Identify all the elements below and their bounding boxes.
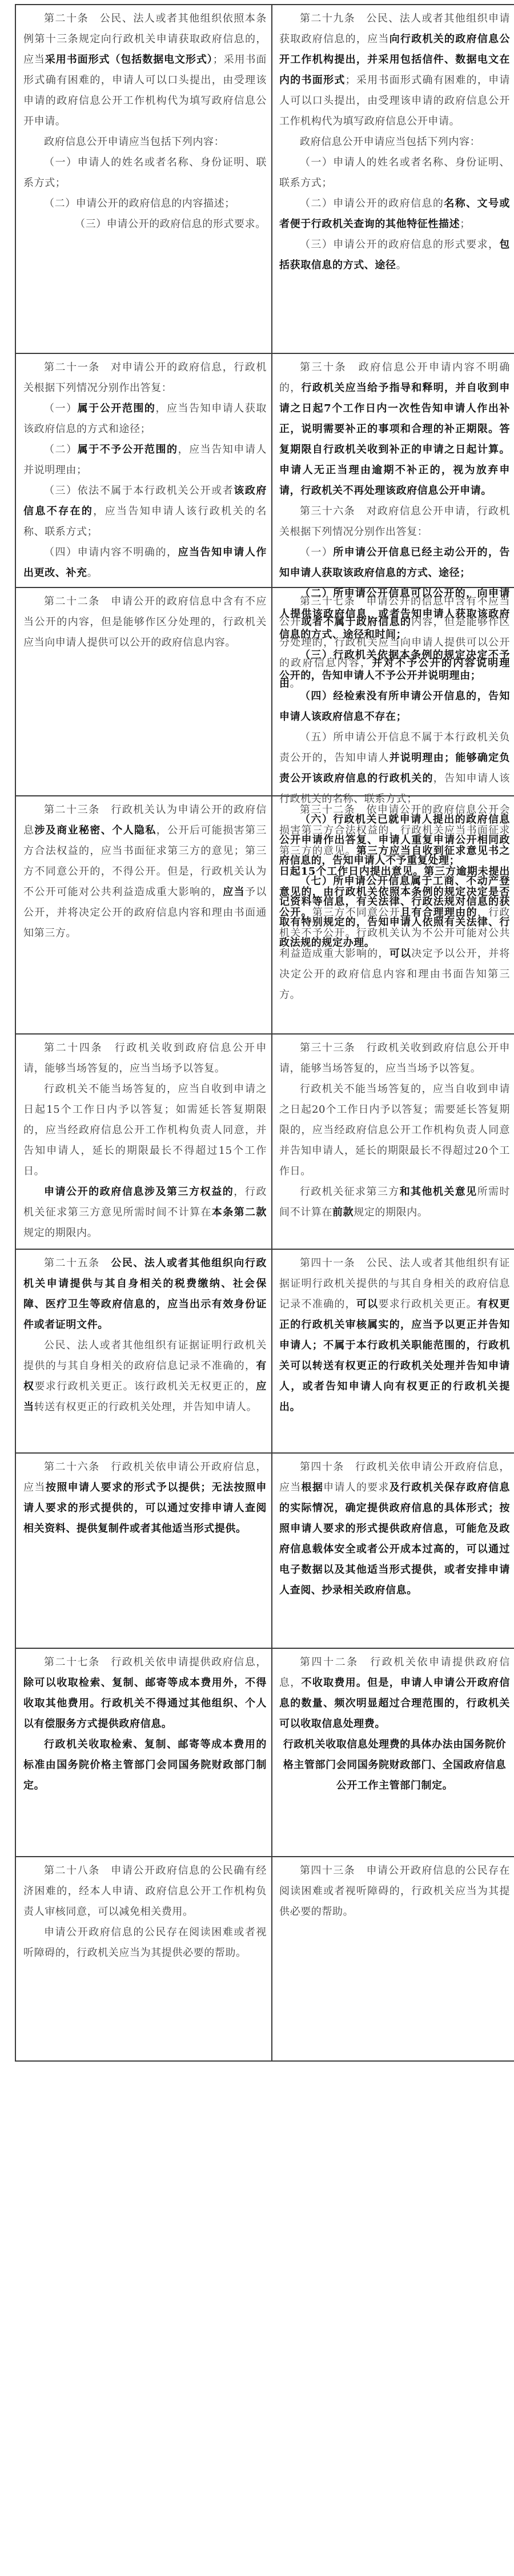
new-article-cell: 第三十三条 行政机关收到政府信息公开申请，能够当场答复的，应当当场予以答复。行政…	[272, 1035, 514, 1249]
emphasized-text: 按照申请人要求的形式予以提供；无法按照申请人要求的形式提供的，可以通过安排申请人…	[23, 1482, 267, 1535]
text-run: 要求行政机关更正。	[378, 1298, 477, 1310]
article-paragraph: （三）依法不属于本行政机关公开或者该政府信息不存在的，应当告知申请人该行政机关的…	[23, 481, 267, 542]
text-run: （四）申请内容不明确的，	[44, 546, 178, 558]
emphasized-text: 属于公开范围的	[78, 402, 156, 414]
article-paragraph: （三）申请公开的政府信息的形式要求。	[23, 214, 267, 235]
old-article-cell: 第二十三条 行政机关认为申请公开的政府信息涉及商业秘密、个人隐私，公开后可能损害…	[16, 796, 272, 1033]
new-article-cell: 第二十九条 公民、法人或者其他组织申请获取政府信息的，应当向行政机关的政府信息公…	[272, 5, 514, 353]
text-run: 第二十八条 申请公开政府信息的公民确有经济困难的，经本人申请、政府信息公开工作机…	[23, 1865, 267, 1918]
old-article-cell: 第二十一条 对申请公开的政府信息，行政机关根据下列情况分别作出答复：（一）属于公…	[16, 354, 272, 587]
text-run: 第三十六条 对政府信息公开申请，行政机关根据下列情况分别作出答复：	[279, 505, 510, 538]
article-paragraph: 行政机关不能当场答复的，应当自收到申请之日起20个工作日内予以答复；需要延长答复…	[279, 1079, 510, 1182]
text-run: ；	[460, 218, 471, 230]
emphasized-text: 属于不予公开范围的	[78, 444, 178, 456]
emphasized-text: 申请公开的政府信息涉及第三方权益的	[44, 1186, 234, 1198]
article-paragraph: 申请公开的政府信息涉及第三方权益的，行政机关征求第三方意见所需时间不计算在本条第…	[23, 1182, 267, 1243]
article-paragraph: 第二十六条 行政机关依申请公开政府信息，应当按照申请人要求的形式予以提供；无法按…	[23, 1457, 267, 1539]
old-article-cell: 第二十五条 公民、法人或者其他组织向行政机关申请提供与其自身相关的税费缴纳、社会…	[16, 1250, 272, 1452]
emphasized-text: 可以	[389, 948, 412, 960]
text-run: （一）申请人的姓名或者名称、身份证明、联系方式；	[23, 156, 267, 189]
article-paragraph: 行政机关收取信息处理费的具体办法由国务院价格主管部门会同国务院财政部门、全国政府…	[279, 1734, 510, 1796]
text-run: 规定的期限内。	[354, 1206, 428, 1218]
emphasized-text: 及行政机关保存政府信息的实际情况，确定提供政府信息的具体形式；按照申请人要求的形…	[279, 1482, 510, 1596]
text-run: 。	[87, 567, 98, 579]
text-run: （三）依法不属于本行政机关公开或者	[44, 485, 234, 497]
article-paragraph: 第二十三条 行政机关认为申请公开的政府信息涉及商业秘密、个人隐私，公开后可能损害…	[23, 800, 267, 944]
new-article-cell: 第三十二条 依申请公开的政府信息公开会损害第三方合法权益的，行政机关应当书面征求…	[272, 796, 514, 1033]
text-run: 第二十四条 行政机关收到政府信息公开申请，能够当场答复的，应当当场予以答复。	[23, 1042, 267, 1074]
article-paragraph: 第二十九条 公民、法人或者其他组织申请获取政府信息的，应当向行政机关的政府信息公…	[279, 9, 510, 132]
article-paragraph: 第二十一条 对申请公开的政府信息，行政机关根据下列情况分别作出答复：	[23, 357, 267, 399]
emphasized-text: 根据	[302, 1482, 324, 1494]
article-paragraph: 第四十条 行政机关依申请公开政府信息，应当根据申请人的要求及行政机关保存政府信息…	[279, 1457, 510, 1601]
text-run: 第二十七条 行政机关依申请提供政府信息，	[44, 1656, 267, 1668]
text-run: 第四十三条 申请公开政府信息的公民存在阅读困难或者视听障碍的，行政机关应当为其提…	[279, 1865, 510, 1918]
text-run: 第三方不同意公开	[312, 907, 400, 919]
new-article-cell: 第三十条 政府信息公开申请内容不明确的，行政机关应当给予指导和释明，并自收到申请…	[272, 354, 514, 587]
emphasized-text: 且有合理理由的	[400, 907, 477, 919]
table-row: 第二十二条 申请公开的政府信息中含有不应当公开的内容，但是能够作区分处理的，行政…	[16, 588, 514, 796]
table-row: 第二十一条 对申请公开的政府信息，行政机关根据下列情况分别作出答复：（一）属于公…	[16, 354, 514, 588]
article-paragraph: 政府信息公开申请应当包括下列内容：	[23, 132, 267, 152]
old-article-cell: 第二十七条 行政机关依申请提供政府信息，除可以收取检索、复制、邮寄等成本费用外，…	[16, 1649, 272, 1856]
text-run: 第二十一条 对申请公开的政府信息，行政机关根据下列情况分别作出答复：	[23, 361, 267, 394]
text-run: 转送有权更正的行政机关处理，并告知申请人。	[34, 1401, 258, 1413]
text-run: （三）申请公开的政府信息的形式要求。	[75, 218, 266, 230]
old-article-cell: 第二十八条 申请公开政府信息的公民确有经济困难的，经本人申请、政府信息公开工作机…	[16, 1857, 272, 2060]
table-row: 第二十七条 行政机关依申请提供政府信息，除可以收取检索、复制、邮寄等成本费用外，…	[16, 1649, 514, 1857]
emphasized-text: 有权更正的行政机关审核属实的，应当予以更正并告知申请人；不属于本行政机关职能范围…	[279, 1298, 510, 1413]
article-paragraph: 第四十三条 申请公开政府信息的公民存在阅读困难或者视听障碍的，行政机关应当为其提…	[279, 1861, 510, 1922]
article-paragraph: 公民、法人或者其他组织有证据证明行政机关提供的与其自身相关的政府信息记录不准确的…	[23, 1335, 267, 1418]
emphasized-text: 前款	[332, 1206, 354, 1218]
article-paragraph: 第二十条 公民、法人或者其他组织依照本条例第十三条规定向行政机关申请获取政府信息…	[23, 9, 267, 132]
article-paragraph: 第二十四条 行政机关收到政府信息公开申请，能够当场答复的，应当当场予以答复。	[23, 1038, 267, 1079]
text-run: （二）申请公开的政府信息的内容描述；	[44, 198, 235, 210]
text-run: 。	[290, 678, 301, 690]
article-paragraph: （一）申请人的姓名或者名称、身份证明、联系方式；	[279, 152, 510, 194]
emphasized-text: 涉及商业秘密、个人隐私	[34, 824, 156, 836]
text-run: （一）	[44, 402, 78, 414]
text-run: 行政机关征求第三方	[300, 1186, 400, 1198]
article-paragraph: （三）申请公开的政府信息的形式要求，包括获取信息的方式、途径。	[279, 235, 510, 276]
text-run: 第二十五条	[44, 1257, 111, 1269]
regulation-comparison-table: 第二十条 公民、法人或者其他组织依照本条例第十三条规定向行政机关申请获取政府信息…	[15, 4, 514, 2062]
emphasized-text: 本条第二款	[212, 1206, 267, 1218]
article-paragraph: （一）属于公开范围的，应当告知申请人获取该政府信息的方式和途径；	[23, 399, 267, 440]
emphasized-text: 可以	[356, 1298, 379, 1310]
new-article-cell: 第四十二条 行政机关依申请提供政府信息，不收取费用。但是，申请人申请公开政府信息…	[272, 1649, 514, 1856]
new-article-cell: 第四十条 行政机关依申请公开政府信息，应当根据申请人的要求及行政机关保存政府信息…	[272, 1454, 514, 1648]
emphasized-text: 或者不属于政府信息的	[302, 616, 412, 628]
article-paragraph: （一）所申请公开信息已经主动公开的，告知申请人获取该政府信息的方式、途径；	[279, 542, 510, 583]
article-paragraph: 政府信息公开申请应当包括下列内容：	[279, 132, 510, 152]
text-run: （一）申请人的姓名或者名称、身份证明、联系方式；	[279, 156, 510, 189]
text-run: 第二十二条 申请公开的政府信息中含有不应当公开的内容，但是能够作区分处理的，行政…	[23, 595, 267, 649]
text-run: 行政机关不能当场答复的，应当自收到申请之日起20个工作日内予以答复；需要延长答复…	[279, 1083, 510, 1177]
article-paragraph: （二）申请公开的政府信息的名称、文号或者便于行政机关查询的其他特征性描述；	[279, 194, 510, 235]
article-paragraph: （二）属于不予公开范围的，应当告知申请人并说明理由；	[23, 440, 267, 481]
text-run: 申请公开政府信息的公民存在阅读困难或者视听障碍的，行政机关应当为其提供必要的帮助…	[23, 1926, 267, 1959]
text-run: （二）	[44, 444, 78, 456]
article-paragraph: 第二十五条 公民、法人或者其他组织向行政机关申请提供与其自身相关的税费缴纳、社会…	[23, 1253, 267, 1335]
table-row: 第二十六条 行政机关依申请公开政府信息，应当按照申请人要求的形式予以提供；无法按…	[16, 1454, 514, 1649]
text-run: 。	[396, 259, 407, 271]
emphasized-text: 行政机关应当给予指导和释明，并自收到申请之日起7个工作日内一次性告知申请人作出补…	[279, 382, 510, 497]
article-paragraph: 第四十二条 行政机关依申请提供政府信息，不收取费用。但是，申请人申请公开政府信息…	[279, 1652, 510, 1734]
table-row: 第二十四条 行政机关收到政府信息公开申请，能够当场答复的，应当当场予以答复。行政…	[16, 1035, 514, 1250]
emphasized-text: 和其他机关意见	[400, 1186, 477, 1198]
table-row: 第二十五条 公民、法人或者其他组织向行政机关申请提供与其自身相关的税费缴纳、社会…	[16, 1250, 514, 1454]
article-paragraph: 第二十八条 申请公开政府信息的公民确有经济困难的，经本人申请、政府信息公开工作机…	[23, 1861, 267, 1922]
new-article-cell: 第四十一条 公民、法人或者其他组织有证据证明行政机关提供的与其自身相关的政府信息…	[272, 1250, 514, 1452]
emphasized-text: 不收取费用。	[302, 1677, 368, 1689]
new-article-cell: 第三十七条 申请公开的信息中含有不应当公开或者不属于政府信息的内容，但是能够作区…	[272, 588, 514, 795]
emphasized-text: 除可以收取检索、复制、邮寄等成本费用外，不得收取其他费用。行政机关不得通过其他组…	[23, 1677, 267, 1730]
text-run: 第三十三条 行政机关收到政府信息公开申请，能够当场答复的，应当当场予以答复。	[279, 1042, 510, 1074]
old-article-cell: 第二十条 公民、法人或者其他组织依照本条例第十三条规定向行政机关申请获取政府信息…	[16, 5, 272, 353]
text-run: 要求行政机关更正。该行政机关无权更正的，	[34, 1380, 256, 1392]
table-row: 第二十条 公民、法人或者其他组织依照本条例第十三条规定向行政机关申请获取政府信息…	[16, 5, 514, 354]
article-paragraph: 行政机关不能当场答复的，应当自收到申请之日起15个工作日内予以答复；如需延长答复…	[23, 1079, 267, 1182]
text-run: （二）申请公开的政府信息的	[300, 198, 444, 210]
text-run: 规定的期限内。	[23, 1227, 98, 1239]
article-paragraph: 第三十条 政府信息公开申请内容不明确的，行政机关应当给予指导和释明，并自收到申请…	[279, 357, 510, 501]
text-run: 公民、法人或者其他组织有证据证明行政机关提供的与其自身相关的政府信息记录不准确的…	[23, 1339, 267, 1372]
article-paragraph: 行政机关收取检索、复制、邮寄等成本费用的标准由国务院价格主管部门会同国务院财政部…	[23, 1734, 267, 1796]
article-paragraph: 第三十三条 行政机关收到政府信息公开申请，能够当场答复的，应当当场予以答复。	[279, 1038, 510, 1079]
emphasized-text: 采用书面形式（包括数据电文形式）	[45, 54, 213, 66]
article-paragraph: （二）申请公开的政府信息的内容描述；	[23, 194, 267, 214]
article-paragraph: 第三十七条 申请公开的信息中含有不应当公开或者不属于政府信息的内容，但是能够作区…	[279, 591, 510, 694]
table-row: 第二十三条 行政机关认为申请公开的政府信息涉及商业秘密、个人隐私，公开后可能损害…	[16, 796, 514, 1035]
old-article-cell: 第二十六条 行政机关依申请公开政府信息，应当按照申请人要求的形式予以提供；无法按…	[16, 1454, 272, 1648]
article-paragraph: 第三十六条 对政府信息公开申请，行政机关根据下列情况分别作出答复：	[279, 501, 510, 542]
emphasized-text: 行政机关收取信息处理费的具体办法由国务院价格主管部门会同国务院财政部门、全国政府…	[283, 1738, 507, 1792]
text-run: 政府信息公开申请应当包括下列内容：	[300, 136, 480, 148]
article-paragraph: 第二十二条 申请公开的政府信息中含有不应当公开的内容，但是能够作区分处理的，行政…	[23, 591, 267, 653]
article-paragraph: 第二十七条 行政机关依申请提供政府信息，除可以收取检索、复制、邮寄等成本费用外，…	[23, 1652, 267, 1734]
table-row: 第二十八条 申请公开政府信息的公民确有经济困难的，经本人申请、政府信息公开工作机…	[16, 1857, 514, 2062]
article-paragraph: （一）申请人的姓名或者名称、身份证明、联系方式；	[23, 152, 267, 194]
emphasized-text: 行政机关收取检索、复制、邮寄等成本费用的标准由国务院价格主管部门会同国务院财政部…	[23, 1738, 267, 1792]
text-run: 行政机关不能当场答复的，应当自收到申请之日起15个工作日内予以答复；如需延长答复…	[23, 1083, 267, 1177]
article-paragraph: 申请公开政府信息的公民存在阅读困难或者视听障碍的，行政机关应当为其提供必要的帮助…	[23, 1922, 267, 1963]
emphasized-text: 应当	[223, 886, 245, 898]
text-run: （一）	[300, 546, 333, 558]
old-article-cell: 第二十四条 行政机关收到政府信息公开申请，能够当场答复的，应当当场予以答复。行政…	[16, 1035, 272, 1249]
article-paragraph: 行政机关征求第三方和其他机关意见所需时间不计算在前款规定的期限内。	[279, 1182, 510, 1223]
text-run: 申请人的要求	[323, 1482, 389, 1494]
text-run: 政府信息公开申请应当包括下列内容：	[44, 136, 224, 148]
article-paragraph: （四）申请内容不明确的，应当告知申请人作出更改、补充。	[23, 542, 267, 583]
article-paragraph: 第四十一条 公民、法人或者其他组织有证据证明行政机关提供的与其自身相关的政府信息…	[279, 1253, 510, 1418]
new-article-cell: 第四十三条 申请公开政府信息的公民存在阅读困难或者视听障碍的，行政机关应当为其提…	[272, 1857, 514, 2060]
text-run: （三）申请公开的政府信息的形式要求，	[300, 239, 499, 251]
article-paragraph: 第三十二条 依申请公开的政府信息公开会损害第三方合法权益的，行政机关应当书面征求…	[279, 800, 510, 1005]
old-article-cell: 第二十二条 申请公开的政府信息中含有不应当公开的内容，但是能够作区分处理的，行政…	[16, 588, 272, 795]
